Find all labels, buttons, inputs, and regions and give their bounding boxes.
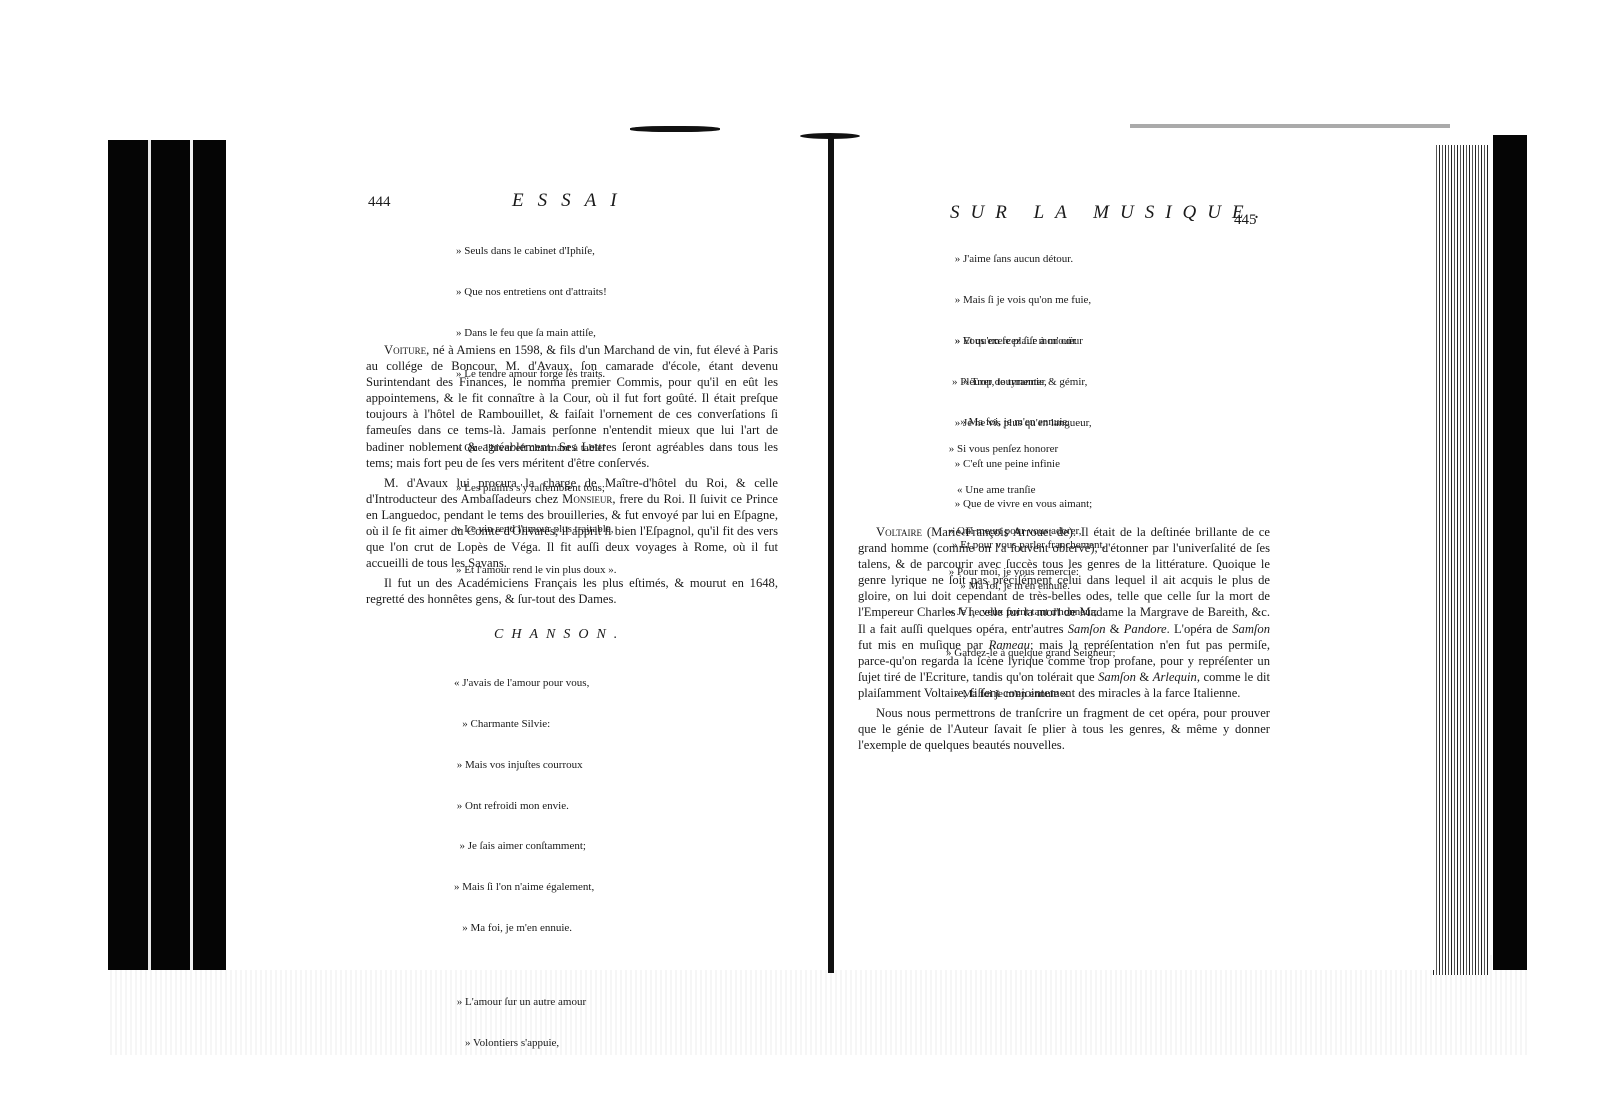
chanson-verse: « J'avais de l'amour pour vous, » Charma… (454, 650, 594, 1077)
paragraph-academie: Il fut un des Académiciens Français les … (366, 575, 778, 607)
book-cover-left (108, 140, 228, 970)
paragraph-avaux: M. d'Avaux lui procura la charge de Maît… (366, 475, 778, 572)
chanson-title: CHANSON. (494, 627, 625, 643)
book-cover-right (1493, 135, 1527, 970)
running-head: SUR LA MUSIQUE. (950, 202, 1270, 224)
right-page: SUR LA MUSIQUE. 445 » J'aime ſans aucun … (834, 140, 1436, 970)
table-surface (110, 955, 1530, 1055)
paragraph-voltaire: Voltaire (Marie-François Arrouet de). Il… (858, 524, 1270, 701)
page-edges-right (1433, 145, 1489, 975)
paragraph-fragment: Nous nous permettrons de tranſcrire un f… (858, 705, 1270, 753)
paragraph-voiture: Voiture, né à Amiens en 1598, & fils d'u… (366, 342, 778, 471)
gutter-top-shadow (800, 133, 860, 139)
top-edge-shadow (630, 126, 720, 132)
body-text: Voiture, né à Amiens en 1598, & fils d'u… (366, 342, 778, 612)
body-text: Voltaire (Marie-François Arrouet de). Il… (858, 524, 1270, 757)
name-voiture: Voiture (384, 343, 426, 357)
name-voltaire: Voltaire (876, 525, 922, 539)
running-head: ESSAI (512, 190, 631, 212)
top-edge-shadow (1130, 124, 1450, 128)
left-page: 444 ESSAI » Seuls dans le cabinet d'Iphi… (226, 138, 830, 970)
page-number: 444 (368, 194, 391, 211)
page-number: 445 (1234, 212, 1257, 229)
